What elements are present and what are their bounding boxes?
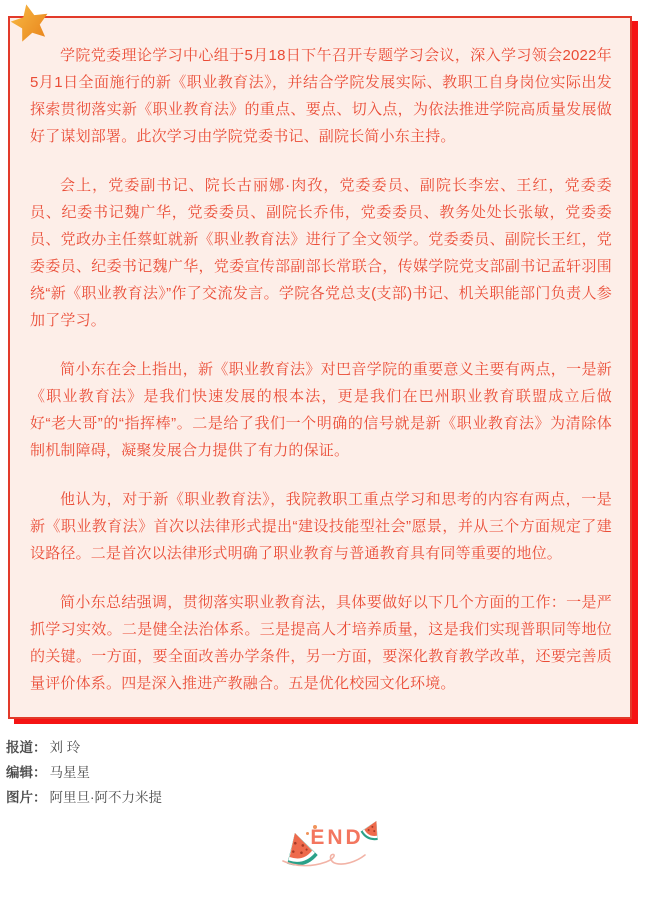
article-box: 学院党委理论学习中心组于5月18日下午召开专题学习会议，深入学习领会2022年5… [8,16,632,719]
credit-name: 阿里旦·阿不力米提 [50,790,163,805]
credit-label: 报道： [6,740,47,755]
article-paragraph: 学院党委理论学习中心组于5月18日下午召开专题学习会议，深入学习领会2022年5… [30,42,612,150]
article-paragraph: 简小东在会上指出，新《职业教育法》对巴音学院的重要意义主要有两点，一是新《职业教… [30,356,612,464]
credit-row-reporter: 报道：刘 玲 [6,735,650,760]
article-paragraph: 会上，党委副书记、院长古丽娜·肉孜，党委委员、副院长李宏、王红，党委委员、纪委书… [30,172,612,334]
end-marker: END [0,822,650,880]
credit-row-photo: 图片：阿里旦·阿不力米提 [6,785,650,810]
article-paragraph: 简小东总结强调，贯彻落实职业教育法，具体要做好以下几个方面的工作：一是严抓学习实… [30,589,612,697]
credit-label: 编辑： [6,765,47,780]
credit-row-editor: 编辑：马星星 [6,760,650,785]
star-icon [9,1,51,43]
credit-label: 图片： [6,790,47,805]
sparkle-dot [306,832,309,835]
end-label: END [310,826,363,850]
credits: 报道：刘 玲 编辑：马星星 图片：阿里旦·阿不力米提 [6,735,650,810]
credit-name: 马星星 [50,765,91,780]
article-paragraph: 他认为，对于新《职业教育法》，我院教职工重点学习和思考的内容有两点，一是新《职业… [30,486,612,567]
credit-name: 刘 玲 [50,740,81,755]
swirl-line-icon [282,851,366,869]
